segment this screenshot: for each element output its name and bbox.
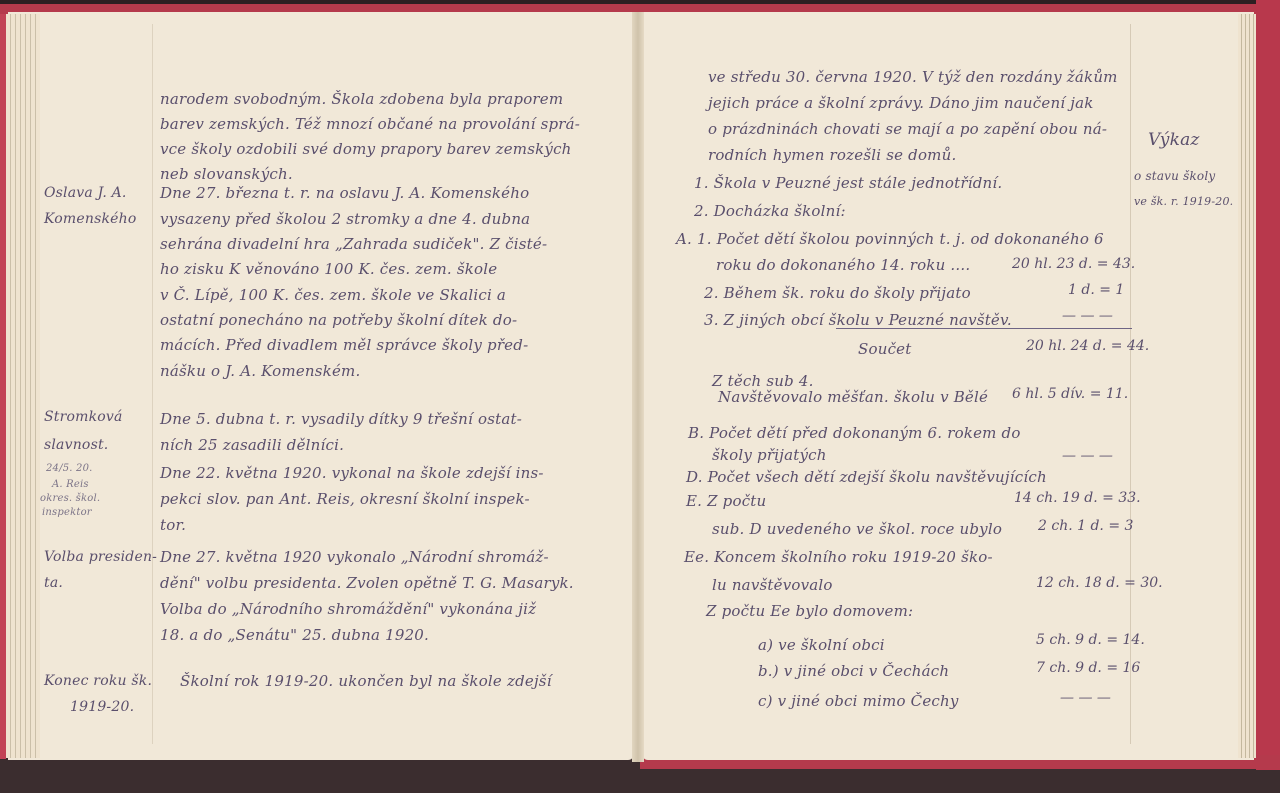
margin-note: okres. škol. — [40, 494, 100, 504]
margin-note: Výkaz — [1148, 132, 1200, 149]
report-value: 14 ch. 19 d. = 33. — [1014, 490, 1141, 506]
sum-label: Součet — [858, 342, 911, 357]
text-line: Dne 22. května 1920. vykonal na škole zd… — [160, 466, 544, 481]
report-item: 3. Z jiných obcí školu v Peuzné navštěv. — [704, 313, 1012, 328]
report-item: Z počtu Ee bylo domovem: — [706, 604, 913, 619]
margin-note: ve šk. r. 1919-20. — [1134, 196, 1233, 207]
text-line: dění" volbu presidenta. Zvolen opětně T.… — [160, 576, 574, 591]
text-line: pekci slov. pan Ant. Reis, okresní školn… — [160, 492, 530, 507]
margin-note: 1919-20. — [70, 700, 134, 714]
margin-note: Oslava J. A. — [44, 186, 127, 200]
margin-note: ta. — [44, 576, 63, 590]
text-line: narodem svobodným. Škola zdobena byla pr… — [160, 92, 563, 107]
text-line: Školní rok 1919-20. ukončen byl na škole… — [180, 674, 552, 689]
margin-note: 24/5. 20. — [46, 464, 93, 474]
text-line: 18. a do „Senátu" 25. dubna 1920. — [160, 628, 429, 643]
text-line: v Č. Lípě, 100 K. čes. zem. škole ve Ska… — [160, 288, 506, 303]
sum-underline — [836, 328, 1132, 329]
margin-note: Stromková — [44, 410, 123, 424]
margin-note: slavnost. — [44, 438, 108, 452]
text-line: sehrána divadelní hra „Zahrada sudiček".… — [160, 237, 547, 252]
page-stack-left — [6, 14, 40, 758]
margin-note: Konec roku šk. — [44, 674, 152, 688]
report-item: Ee. Koncem školního roku 1919-20 ško- — [684, 550, 993, 565]
report-value: 7 ch. 9 d. = 16 — [1036, 660, 1140, 676]
text-line: Volba do „Národního shromáždění" vykonán… — [160, 602, 536, 617]
sum-value: 20 hl. 24 d. = 44. — [1026, 338, 1149, 354]
margin-note: A. Reis — [52, 480, 89, 490]
report-item: A. 1. Počet dětí školou povinných t. j. … — [676, 232, 1104, 247]
text-line: ve středu 30. června 1920. V týž den roz… — [708, 70, 1118, 85]
text-line: Dne 27. května 1920 vykonalo „Národní sh… — [160, 550, 549, 565]
text-line: barev zemských. Též mnozí občané na prov… — [160, 117, 580, 132]
report-value: 2 ch. 1 d. = 3 — [1038, 518, 1133, 534]
margin-note: inspektor — [42, 508, 92, 518]
text-line: vysazeny před školou 2 stromky a dne 4. … — [160, 212, 530, 227]
text-line: Dne 5. dubna t. r. vysadily dítky 9 třeš… — [160, 412, 522, 427]
report-item: a) ve školní obci — [758, 638, 885, 653]
margin-note: Komenského — [44, 212, 137, 226]
book-gutter — [632, 12, 644, 762]
text-line: rodních hymen rozešli se domů. — [708, 148, 956, 163]
report-item: sub. D uvedeného ve škol. roce ubylo — [712, 522, 1002, 537]
report-item: Navštěvovalo měšťan. školu v Bělé — [718, 390, 988, 405]
text-line: o prázdninách chovati se mají a po zapěn… — [708, 122, 1107, 137]
report-item: b.) v jiné obci v Čechách — [758, 664, 949, 679]
report-item: 1. Škola v Peuzné jest stále jednotřídní… — [694, 176, 1002, 191]
report-value: — — — — [1060, 690, 1111, 706]
left-margin-line — [152, 24, 153, 744]
book-cover-right — [1256, 0, 1280, 770]
text-line: Dne 27. března t. r. na oslavu J. A. Kom… — [160, 186, 529, 201]
text-line: nášku o J. A. Komenském. — [160, 364, 360, 379]
report-item: c) v jiné obci mimo Čechy — [758, 694, 959, 709]
report-item: E. Z počtu — [686, 494, 766, 509]
margin-note: Volba presiden- — [44, 550, 157, 564]
report-value: 1 d. = 1 — [1068, 282, 1124, 298]
text-line: ho zisku K věnováno 100 K. čes. zem. ško… — [160, 262, 497, 277]
report-value: 12 ch. 18 d. = 30. — [1036, 575, 1163, 591]
text-line: tor. — [160, 518, 186, 533]
page-stack-right — [1238, 14, 1256, 758]
report-value: — — — — [1062, 308, 1113, 324]
text-line: neb slovanských. — [160, 167, 293, 182]
report-item: 2. Během šk. roku do školy přijato — [704, 286, 971, 301]
text-line: vce školy ozdobili své domy prapory bare… — [160, 142, 572, 157]
report-item: B. Počet dětí před dokonaným 6. rokem do — [688, 426, 1021, 441]
report-item: lu navštěvovalo — [712, 578, 833, 593]
report-item: Z těch sub 4. — [712, 374, 814, 389]
text-line: ních 25 zasadili dělníci. — [160, 438, 344, 453]
report-item: D. Počet všech dětí zdejší školu navštěv… — [686, 470, 1047, 485]
report-value: 6 hl. 5 dív. = 11. — [1012, 386, 1128, 402]
text-line: ostatní ponecháno na potřeby školní díte… — [160, 313, 517, 328]
report-item: roku do dokonaného 14. roku .... — [716, 258, 970, 273]
report-value: 20 hl. 23 d. = 43. — [1012, 256, 1135, 272]
report-item: školy přijatých — [712, 448, 827, 463]
text-line: mácích. Před divadlem měl správce školy … — [160, 338, 528, 353]
report-value: 5 ch. 9 d. = 14. — [1036, 632, 1145, 648]
text-line: jejich práce a školní zprávy. Dáno jim n… — [708, 96, 1094, 111]
margin-note: o stavu školy — [1134, 170, 1215, 182]
book-cover-top-shadow — [0, 0, 1280, 4]
report-value: — — — — [1062, 448, 1113, 464]
report-item: 2. Docházka školní: — [694, 204, 846, 219]
